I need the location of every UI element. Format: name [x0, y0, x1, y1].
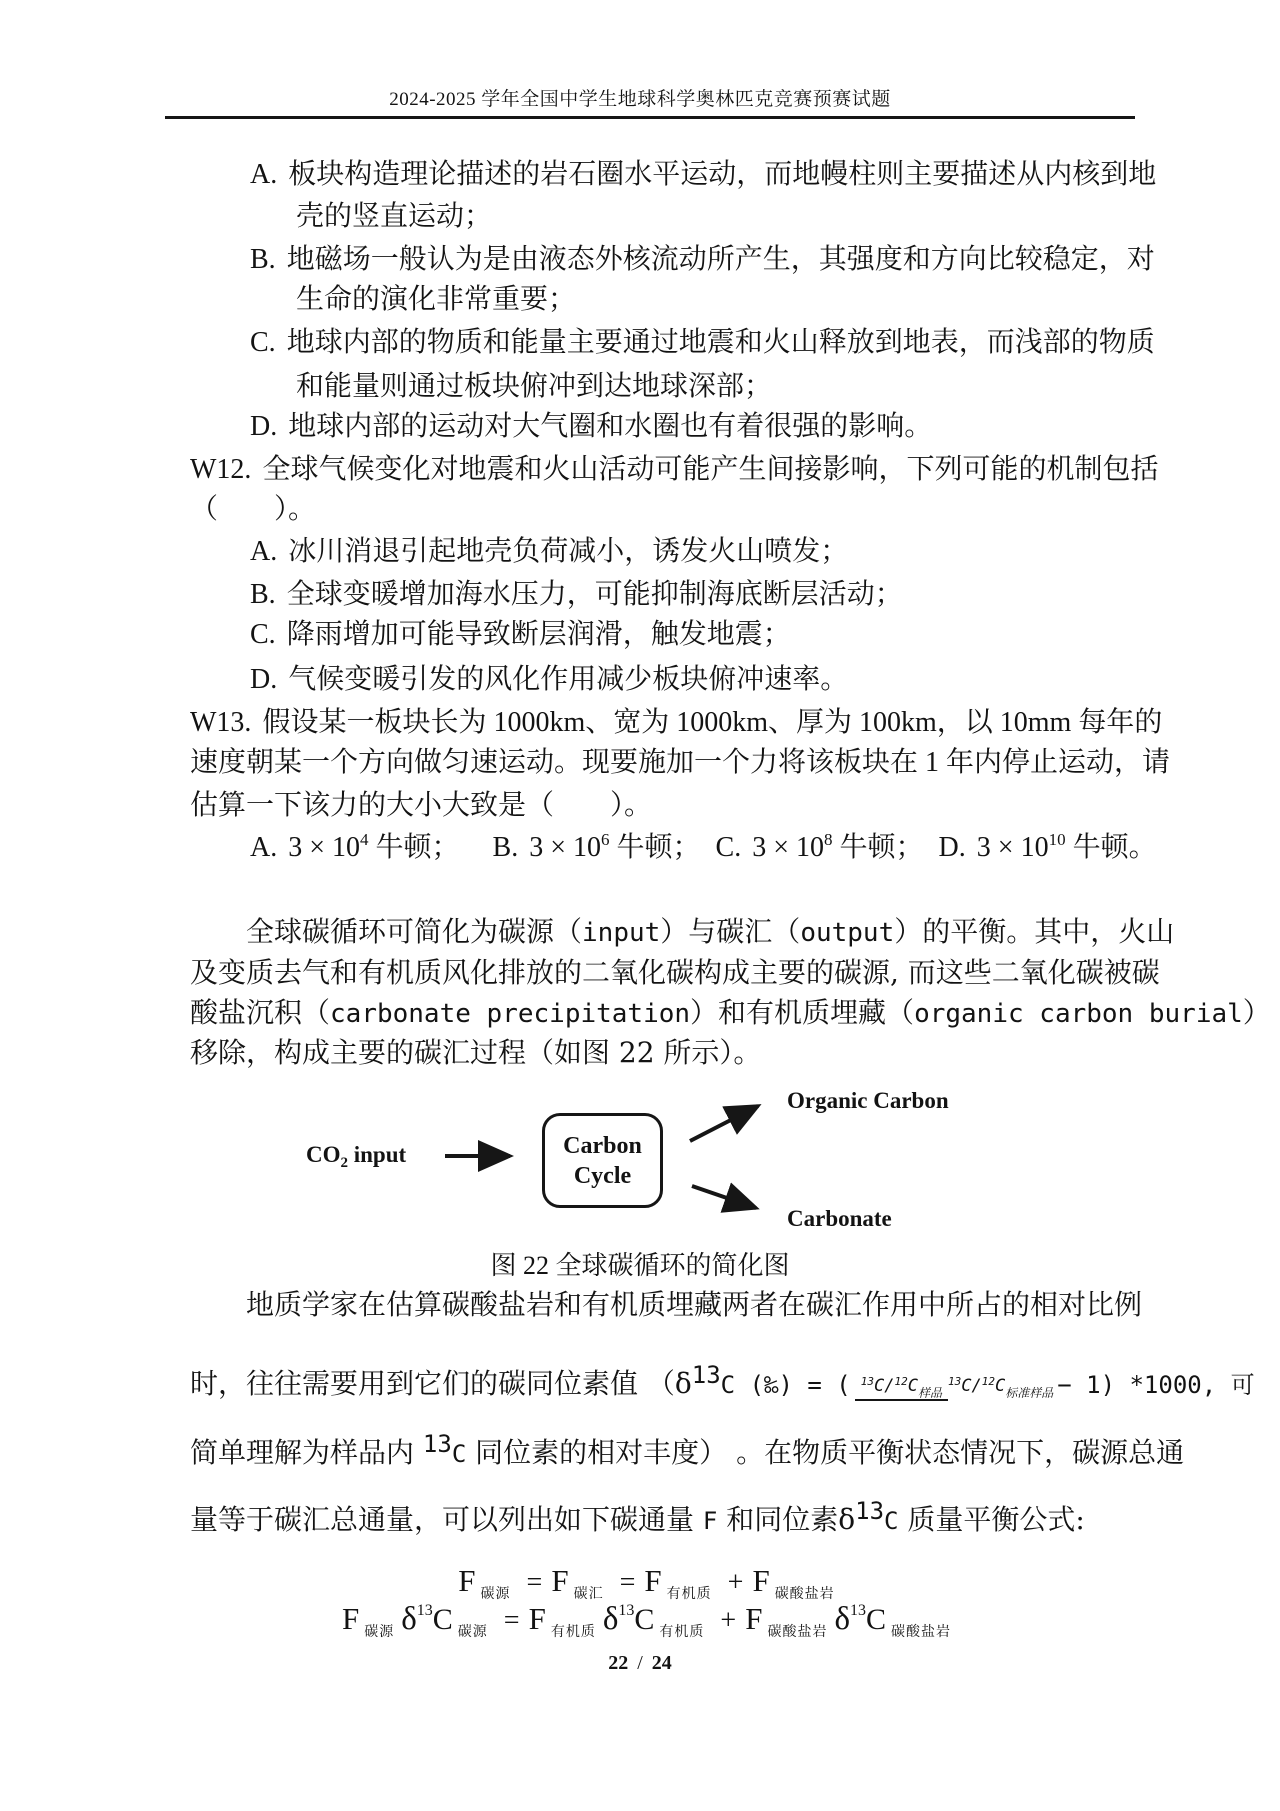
question-w12-stem: W12.全球气候变化对地震和火山活动可能产生间接影响，下列可能的机制包括: [190, 451, 1158, 489]
text: ）的平衡。其中，火山: [894, 915, 1174, 948]
option-line: 生命的演化非常重要；: [296, 281, 576, 319]
term-subscript: 有机质: [551, 1624, 596, 1640]
option-text: 全球变暖增加海水压力，可能抑制海底断层活动；: [287, 579, 903, 610]
exponent: 4: [360, 830, 369, 849]
superscript: 13: [855, 1497, 884, 1525]
option-label: C.: [250, 619, 276, 650]
option-text: 地磁场一般认为是由液态外核流动所产生，其强度和方向比较稳定，对: [287, 244, 1155, 275]
text: C: [995, 1376, 1005, 1396]
english-term: input: [582, 918, 660, 948]
text: 同位素的相对丰度） 。在物质平衡状态情况下，碳源总通: [466, 1436, 1184, 1469]
option-line: D.3 × 1010 牛顿。: [939, 832, 1157, 863]
term: F: [551, 1563, 568, 1598]
carbon-paragraph-line: 及变质去气和有机质风化排放的二氧化碳构成主要的碳源, 而这些二氧化碳被碳: [190, 954, 1160, 992]
delta: δ: [603, 1601, 619, 1637]
box-label-line: Cycle: [574, 1161, 631, 1191]
question-w13-stem: 估算一下该力的大小大致是（ ）。: [190, 787, 652, 825]
subscript: 2: [341, 1155, 349, 1171]
option-line: C.降雨增加可能导致断层润滑，触发地震；: [250, 616, 791, 654]
exponent: 6: [601, 830, 610, 849]
text: C/: [961, 1376, 981, 1396]
superscript: 13: [850, 1602, 866, 1619]
option-line: B.地磁场一般认为是由液态外核流动所产生，其强度和方向比较稳定，对: [250, 241, 1155, 279]
current-page: 22: [608, 1652, 628, 1674]
option-unit: 牛顿；: [610, 832, 701, 863]
term: C: [433, 1603, 453, 1636]
text: 全球碳循环可简化为碳源（: [246, 915, 582, 948]
text: ）: [1243, 996, 1271, 1029]
math-text: C (‰) = (: [721, 1371, 851, 1399]
fraction-numerator: 13C/12C样品: [855, 1376, 948, 1401]
term: F: [752, 1563, 769, 1598]
superscript: 13: [948, 1375, 961, 1388]
term-subscript: 碳酸盐岩: [891, 1624, 951, 1640]
isotope-balance-equation: F碳源δ13C碳源=F有机质δ13C有机质+F碳酸盐岩δ13C碳酸盐岩: [190, 1598, 1110, 1653]
english-term: organic carbon burial: [914, 999, 1243, 1029]
option-label: A.: [250, 832, 277, 863]
option-label: D.: [939, 832, 966, 863]
question-w13-stem: W13.假设某一板块长为 1000km、宽为 1000km、厚为 100km，以…: [190, 704, 1162, 742]
option-line: D.地球内部的运动对大气圈和水圈也有着很强的影响。: [250, 408, 932, 446]
option-line: A.冰川消退引起地壳负荷减小，诱发火山喷发；: [250, 533, 848, 571]
question-w13-stem: 速度朝某一个方向做匀速运动。现要施加一个力将该板块在 1 年内停止运动，请: [190, 744, 1170, 782]
delta: δ: [834, 1601, 850, 1637]
math-text: C: [452, 1440, 466, 1468]
option-line: 和能量则通过板块俯冲到达地球深部；: [296, 368, 772, 406]
text: C: [908, 1376, 918, 1396]
carbonate-arrow: [692, 1186, 756, 1208]
question-w13-options: A.3 × 104 牛顿； B.3 × 106 牛顿； C.3 × 108 牛顿…: [250, 829, 1157, 867]
option-line: D.气候变暖引发的风化作用减少板块俯冲速率。: [250, 661, 848, 699]
term: C: [866, 1603, 886, 1636]
isotope-paragraph-line: 量等于碳汇总通量，可以列出如下碳通量 F 和同位素δ13C 质量平衡公式:: [190, 1501, 1085, 1540]
option-label: C.: [716, 832, 742, 863]
page-header-title: 2024-2025 学年全国中学生地球科学奥林匹克竞赛预赛试题: [0, 84, 1280, 111]
operator: =: [504, 1605, 520, 1636]
term: F: [458, 1563, 475, 1598]
option-text: 气候变暖引发的风化作用减少板块俯冲速率。: [288, 664, 848, 695]
subscript: 样品: [918, 1386, 942, 1400]
option-value: 3 × 10: [977, 832, 1049, 863]
box-label-line: Carbon: [563, 1131, 642, 1161]
page-number: 22/24: [0, 1652, 1280, 1675]
option-line: A.板块构造理论描述的岩石圈水平运动，而地幔柱则主要描述从内核到地: [250, 156, 1156, 194]
carbon-cycle-box: Carbon Cycle: [542, 1113, 663, 1208]
term: F: [342, 1601, 359, 1636]
superscript: 13: [618, 1602, 634, 1619]
exponent: 8: [824, 830, 833, 849]
term: F: [745, 1601, 762, 1636]
carbon-paragraph-line: 移除，构成主要的碳汇过程（如图 22 所示）。: [190, 1034, 761, 1072]
page-separator: /: [637, 1652, 643, 1674]
operator: +: [728, 1567, 744, 1598]
figure-caption: 图 22 全球碳循环的简化图: [0, 1245, 1280, 1282]
option-value: 3 × 10: [288, 832, 360, 863]
math-text: − 1) *1000, 可: [1057, 1371, 1254, 1399]
option-label: A.: [250, 536, 277, 567]
option-value: 3 × 10: [529, 832, 601, 863]
co2-input-label: CO2 input: [306, 1142, 406, 1168]
subscript: 标准样品: [1005, 1386, 1053, 1400]
question-text: 假设某一板块长为 1000km、宽为 1000km、厚为 100km，以 10m…: [262, 707, 1162, 738]
header-divider: [165, 116, 1135, 119]
option-unit: 牛顿；: [369, 832, 460, 863]
english-term: output: [800, 918, 894, 948]
exponent: 10: [1049, 830, 1066, 849]
math-text: C: [884, 1507, 898, 1535]
operator: =: [620, 1567, 636, 1598]
option-label: D.: [250, 664, 277, 695]
text: ）和有机质埋藏（: [690, 996, 914, 1029]
question-text: 全球气候变化对地震和火山活动可能产生间接影响，下列可能的机制包括: [262, 454, 1158, 485]
operator: =: [527, 1567, 543, 1598]
option-label: B.: [250, 244, 276, 275]
option-line: B.3 × 106 牛顿；: [493, 832, 701, 863]
question-number: W13.: [190, 707, 251, 738]
superscript: 12: [894, 1375, 907, 1388]
superscript: 12: [982, 1375, 995, 1388]
option-line: C.地球内部的物质和能量主要通过地震和火山释放到地表，而浅部的物质: [250, 324, 1155, 362]
superscript: 13: [417, 1602, 433, 1619]
isotope-paragraph-line: 简单理解为样品内 13C 同位素的相对丰度） 。在物质平衡状态情况下，碳源总通: [190, 1434, 1184, 1473]
text: C/: [874, 1376, 894, 1396]
superscript: 13: [861, 1375, 874, 1388]
option-label: B.: [250, 579, 276, 610]
carbonate-label: Carbonate: [787, 1206, 892, 1232]
option-text: 冰川消退引起地壳负荷减小，诱发火山喷发；: [288, 536, 848, 567]
option-label: C.: [250, 327, 276, 358]
superscript: 13: [423, 1430, 452, 1458]
text: 和同位素δ: [717, 1503, 855, 1536]
option-label: B.: [493, 832, 519, 863]
fraction-denominator: 13C/12C标准样品: [948, 1373, 1053, 1396]
isotope-fraction: 13C/12C样品13C/12C标准样品: [855, 1376, 1054, 1396]
option-unit: 牛顿；: [833, 832, 924, 863]
option-line: B.全球变暖增加海水压力，可能抑制海底断层活动；: [250, 576, 903, 614]
option-unit: 牛顿。: [1066, 832, 1157, 863]
option-text: 板块构造理论描述的岩石圈水平运动，而地幔柱则主要描述从内核到地: [288, 159, 1156, 190]
total-pages: 24: [652, 1652, 672, 1674]
term-subscript: 碳源: [364, 1624, 394, 1640]
text: 质量平衡公式:: [898, 1503, 1084, 1536]
isotope-formula-line: 时，往往需要用到它们的碳同位素值 （δ13C (‰) = (13C/12C样品1…: [190, 1338, 1255, 1430]
english-term: carbonate precipitation: [330, 999, 690, 1029]
term: C: [634, 1603, 654, 1636]
option-value: 3 × 10: [752, 832, 824, 863]
option-line: C.3 × 108 牛顿；: [716, 832, 924, 863]
term: F: [529, 1601, 546, 1636]
option-text: 降雨增加可能导致断层润滑，触发地震；: [287, 619, 791, 650]
text: 量等于碳汇总通量，可以列出如下碳通量: [190, 1503, 703, 1536]
question-w12-blank: （ ）。: [190, 491, 316, 529]
organic-carbon-label: Organic Carbon: [787, 1088, 949, 1114]
text: ）与碳汇（: [660, 915, 800, 948]
superscript: 13: [692, 1361, 721, 1389]
carbon-paragraph-line: 全球碳循环可简化为碳源（input）与碳汇（output）的平衡。其中，火山: [246, 913, 1174, 952]
delta: δ: [401, 1601, 417, 1637]
option-text: 地球内部的运动对大气圈和水圈也有着很强的影响。: [288, 411, 932, 442]
term-subscript: 碳源: [458, 1624, 488, 1640]
text: CO: [306, 1142, 341, 1167]
text: input: [348, 1142, 406, 1167]
text: 酸盐沉积（: [190, 996, 330, 1029]
carbon-paragraph-line: 酸盐沉积（carbonate precipitation）和有机质埋藏（orga…: [190, 994, 1271, 1033]
isotope-paragraph-line: 地质学家在估算碳酸盐岩和有机质埋藏两者在碳汇作用中所占的相对比例: [246, 1286, 1142, 1324]
term: F: [644, 1563, 661, 1598]
exam-page: 2024-2025 学年全国中学生地球科学奥林匹克竞赛预赛试题 A.板块构造理论…: [0, 0, 1280, 1811]
term-subscript: 碳酸盐岩: [767, 1624, 827, 1640]
question-number: W12.: [190, 454, 251, 485]
operator: +: [720, 1605, 736, 1636]
text: 简单理解为样品内: [190, 1436, 423, 1469]
math-text: F: [703, 1507, 717, 1535]
term-subscript: 有机质: [659, 1624, 704, 1640]
organic-arrow: [690, 1106, 758, 1141]
text: 时，往往需要用到它们的碳同位素值 （δ: [190, 1367, 692, 1400]
option-label: A.: [250, 159, 277, 190]
option-label: D.: [250, 411, 277, 442]
option-line: A.3 × 104 牛顿；: [250, 832, 460, 863]
option-text: 地球内部的物质和能量主要通过地震和火山释放到地表，而浅部的物质: [287, 327, 1155, 358]
option-line: 壳的竖直运动；: [296, 198, 492, 236]
